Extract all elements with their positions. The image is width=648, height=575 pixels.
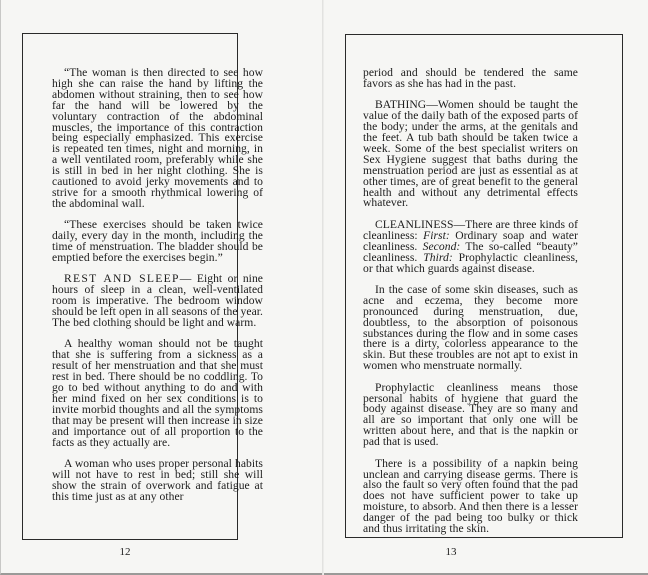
page-number: 12 xyxy=(105,546,145,558)
paragraph: A healthy woman should not be taught tha… xyxy=(52,339,263,448)
paragraph: “These exercises should be taken twice d… xyxy=(52,220,263,264)
paragraph-rest-and-sleep: REST AND SLEEP— Eight or nine hours of s… xyxy=(52,274,263,329)
paragraph: A woman who uses proper personal habits … xyxy=(52,459,263,503)
right-page: period and should be tendered the same f… xyxy=(324,0,648,575)
left-page: “The woman is then directed to see how h… xyxy=(0,0,324,575)
paragraph: There is a possibility of a napkin being… xyxy=(363,459,578,535)
paragraph: “The woman is then directed to see how h… xyxy=(52,68,263,210)
paragraph-bathing: BATHING—Women should be taught the value… xyxy=(363,100,578,209)
paragraph: Prophylactic cleanliness means those per… xyxy=(363,383,578,448)
continuation-paragraph: period and should be tendered the same f… xyxy=(363,68,578,90)
paragraph-cleanliness: CLEANLINESS—There are three kinds of cle… xyxy=(363,220,578,275)
left-page-text: “The woman is then directed to see how h… xyxy=(52,68,263,513)
page-number: 13 xyxy=(431,546,471,558)
paragraph: In the case of some skin diseases, such … xyxy=(363,285,578,372)
right-page-text: period and should be tendered the same f… xyxy=(363,68,578,545)
section-body: —Women should be taught the value of the… xyxy=(363,98,578,209)
